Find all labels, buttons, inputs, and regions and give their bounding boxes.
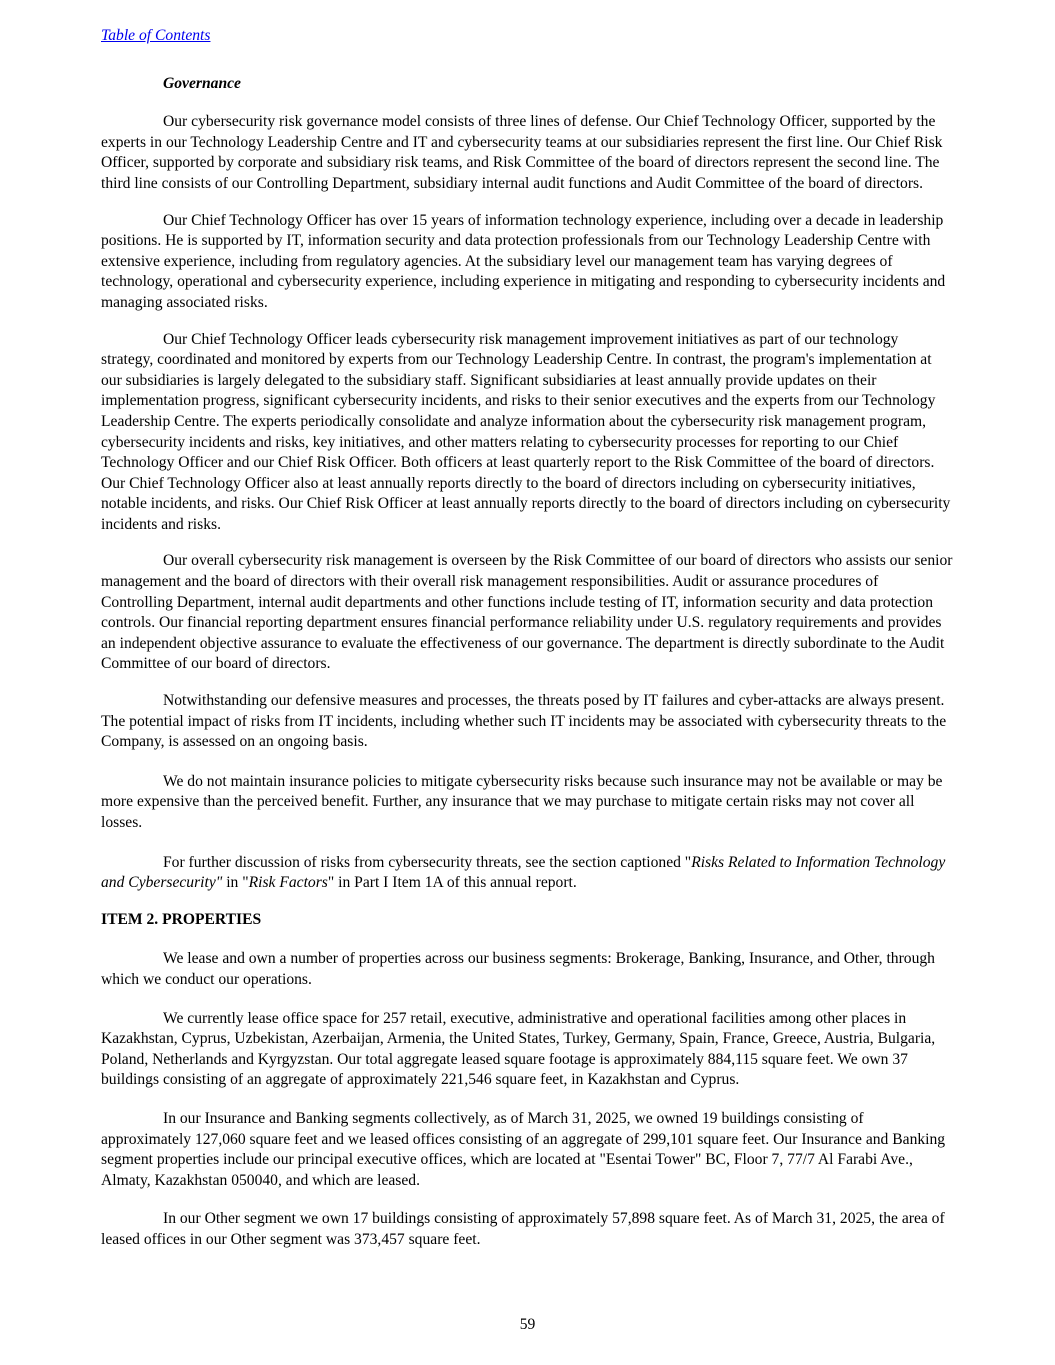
governance-heading: Governance [101,74,953,95]
properties-paragraph-3: In our Insurance and Banking segments co… [101,1109,953,1191]
governance-paragraph-3: Our Chief Technology Officer leads cyber… [101,330,953,536]
page-number: 59 [0,1316,1055,1334]
risk-factors-reference: Risk Factors [249,874,328,891]
further-discussion-paragraph: For further discussion of risks from cyb… [101,853,953,894]
further-discussion-prefix: For further discussion of risks from cyb… [163,854,691,871]
properties-paragraph-2: We currently lease office space for 257 … [101,1009,953,1091]
document-page: Table of Contents Governance Our cyberse… [101,26,953,1251]
governance-paragraph-4: Our overall cybersecurity risk managemen… [101,551,953,675]
governance-paragraph-5: Notwithstanding our defensive measures a… [101,691,953,753]
properties-paragraph-1: We lease and own a number of properties … [101,949,953,990]
governance-paragraph-2: Our Chief Technology Officer has over 15… [101,211,953,314]
properties-paragraph-4: In our Other segment we own 17 buildings… [101,1209,953,1250]
further-discussion-middle: in " [222,874,248,891]
table-of-contents-link[interactable]: Table of Contents [101,26,210,47]
governance-paragraph-1: Our cybersecurity risk governance model … [101,112,953,194]
properties-heading: ITEM 2. PROPERTIES [101,910,953,931]
further-discussion-suffix: " in Part I Item 1A of this annual repor… [328,874,577,891]
governance-paragraph-6: We do not maintain insurance policies to… [101,772,953,834]
